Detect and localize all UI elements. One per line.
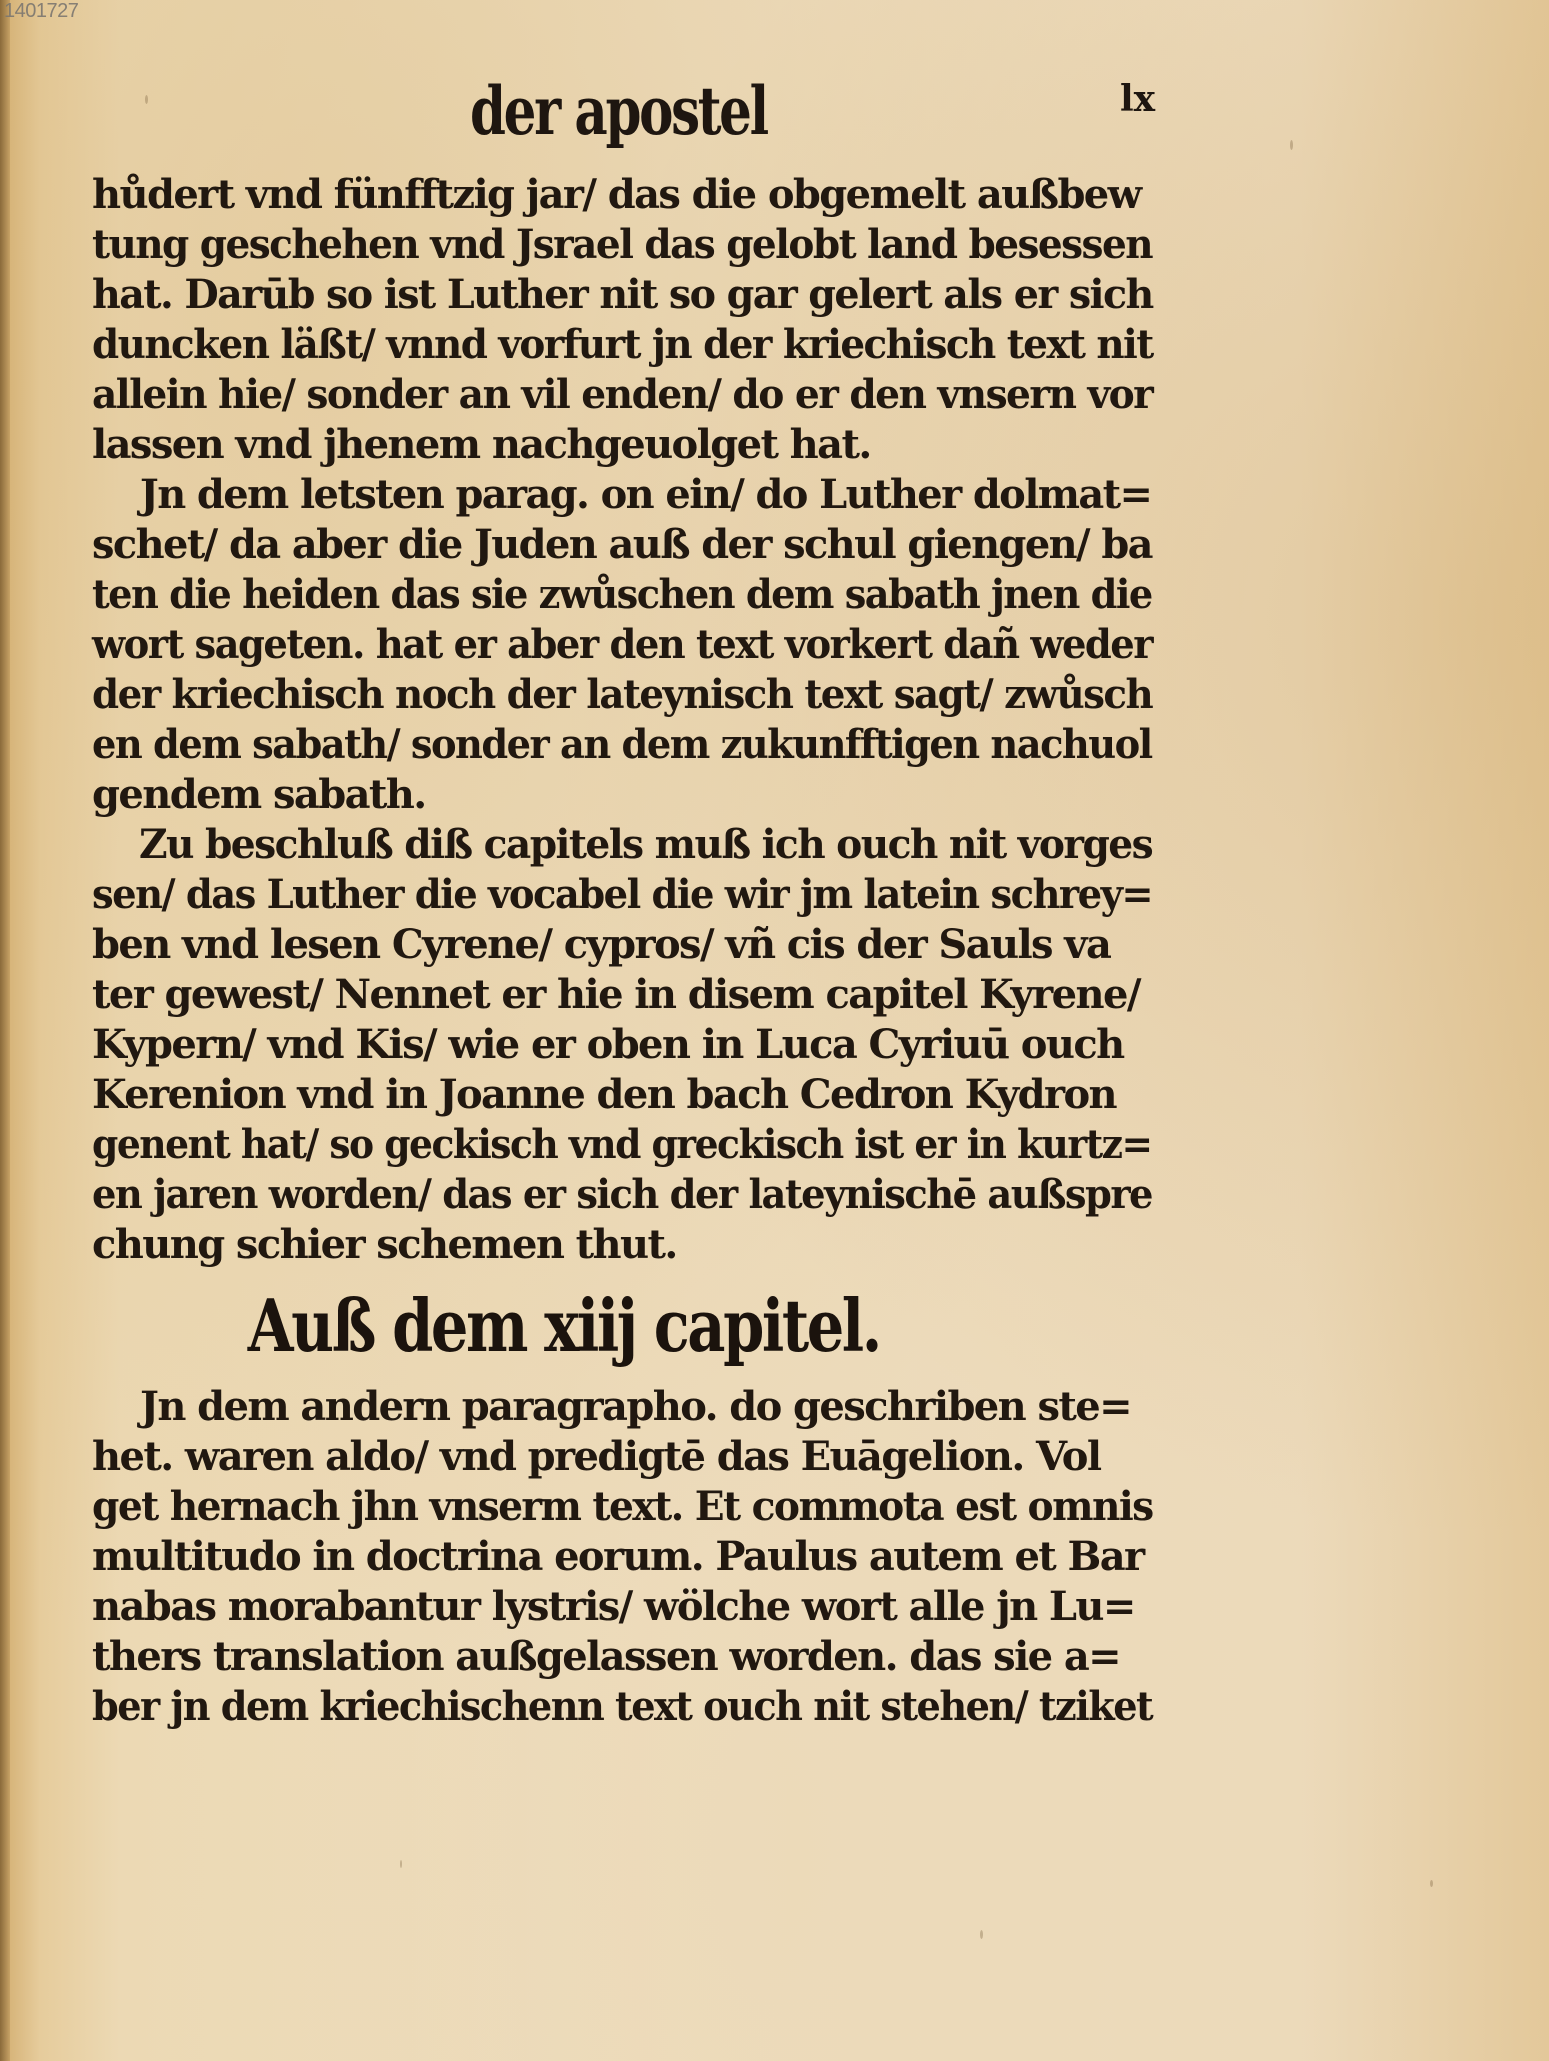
folio-number: lx bbox=[1120, 78, 1155, 120]
chapter-heading: Auß dem xiij capitel. bbox=[92, 1274, 961, 1378]
text-line: Zu beschluß diß capitels muß ich ouch ni… bbox=[92, 820, 1130, 870]
text-line: ben vnd lesen Cyrene/ cypros/ vñ cis der… bbox=[92, 920, 1152, 970]
text-line: sen/ das Luther die vocabel die wir jm l… bbox=[92, 870, 1112, 920]
text-line: schet/ da aber die Juden auß der schul g… bbox=[92, 520, 1150, 570]
paper-speck bbox=[1430, 1880, 1433, 1887]
text-line: en dem sabath/ sonder an dem zukunfftige… bbox=[92, 720, 1109, 770]
text-line: multitudo in doctrina eorum. Paulus aute… bbox=[92, 1532, 1152, 1582]
text-line: thers translation außgelassen worden. da… bbox=[92, 1632, 1152, 1682]
text-line: Jn dem letsten parag. on ein/ do Luther … bbox=[92, 470, 1150, 520]
text-line: nabas morabantur lystris/ wölche wort al… bbox=[92, 1582, 1152, 1632]
text-line: chung schier schemen thut. bbox=[92, 1220, 1152, 1270]
paragraph-1: hůdert vnd fünfftzig jar/ das die obgeme… bbox=[92, 170, 1152, 470]
text-line: duncken läßt/ vnnd vorfurt jn der kriech… bbox=[92, 320, 1122, 370]
text-line: tung geschehen vnd Jsrael das gelobt lan… bbox=[92, 220, 1126, 270]
text-line: genent hat/ so geckisch vnd greckisch is… bbox=[92, 1120, 1089, 1170]
paper-speck bbox=[300, 330, 302, 336]
text-line: hat. Darūb so ist Luther nit so gar gele… bbox=[92, 270, 1141, 320]
paper-speck bbox=[980, 1930, 983, 1939]
page-gutter-edge bbox=[0, 0, 10, 2061]
text-line: hůdert vnd fünfftzig jar/ das die obgeme… bbox=[92, 170, 1152, 220]
text-line: Kerenion vnd in Joanne den bach Cedron K… bbox=[92, 1070, 1152, 1120]
text-line: gendem sabath. bbox=[92, 770, 1152, 820]
paragraph-3: Zu beschluß diß capitels muß ich ouch ni… bbox=[92, 820, 1152, 1270]
text-line: Kypern/ vnd Kis/ wie er oben in Luca Cyr… bbox=[92, 1020, 1152, 1070]
text-block: hůdert vnd fünfftzig jar/ das die obgeme… bbox=[92, 170, 1152, 1732]
text-line: ter gewest/ Nennet er hie in disem capit… bbox=[92, 970, 1152, 1020]
text-line: lassen vnd jhenem nachgeuolget hat. bbox=[92, 420, 1152, 470]
paragraph-2: Jn dem letsten parag. on ein/ do Luther … bbox=[92, 470, 1152, 820]
text-line: get hernach jhn vnserm text. Et commota … bbox=[92, 1482, 1130, 1532]
text-line: en jaren worden/ das er sich der lateyni… bbox=[92, 1170, 1111, 1220]
paper-speck bbox=[1290, 140, 1293, 150]
paragraph-4: Jn dem andern paragrapho. do geschriben … bbox=[92, 1382, 1152, 1732]
paper-speck bbox=[145, 95, 148, 104]
text-line: Jn dem andern paragrapho. do geschriben … bbox=[92, 1382, 1152, 1432]
paper-speck bbox=[400, 1860, 402, 1868]
text-line: het. waren aldo/ vnd predigtē das Euāgel… bbox=[92, 1432, 1152, 1482]
library-shelfmark: 1401727 bbox=[4, 0, 78, 23]
text-line: wort sageten. hat er aber den text vorke… bbox=[92, 620, 1112, 670]
text-line: der kriechisch noch der lateynisch text … bbox=[92, 670, 1120, 720]
running-head: der apostel bbox=[470, 72, 767, 150]
text-line: ber jn dem kriechischenn text ouch nit s… bbox=[92, 1682, 1105, 1732]
text-line: ten die heiden das sie zwůschen dem saba… bbox=[92, 570, 1107, 620]
text-line: allein hie/ sonder an vil enden/ do er d… bbox=[92, 370, 1130, 420]
